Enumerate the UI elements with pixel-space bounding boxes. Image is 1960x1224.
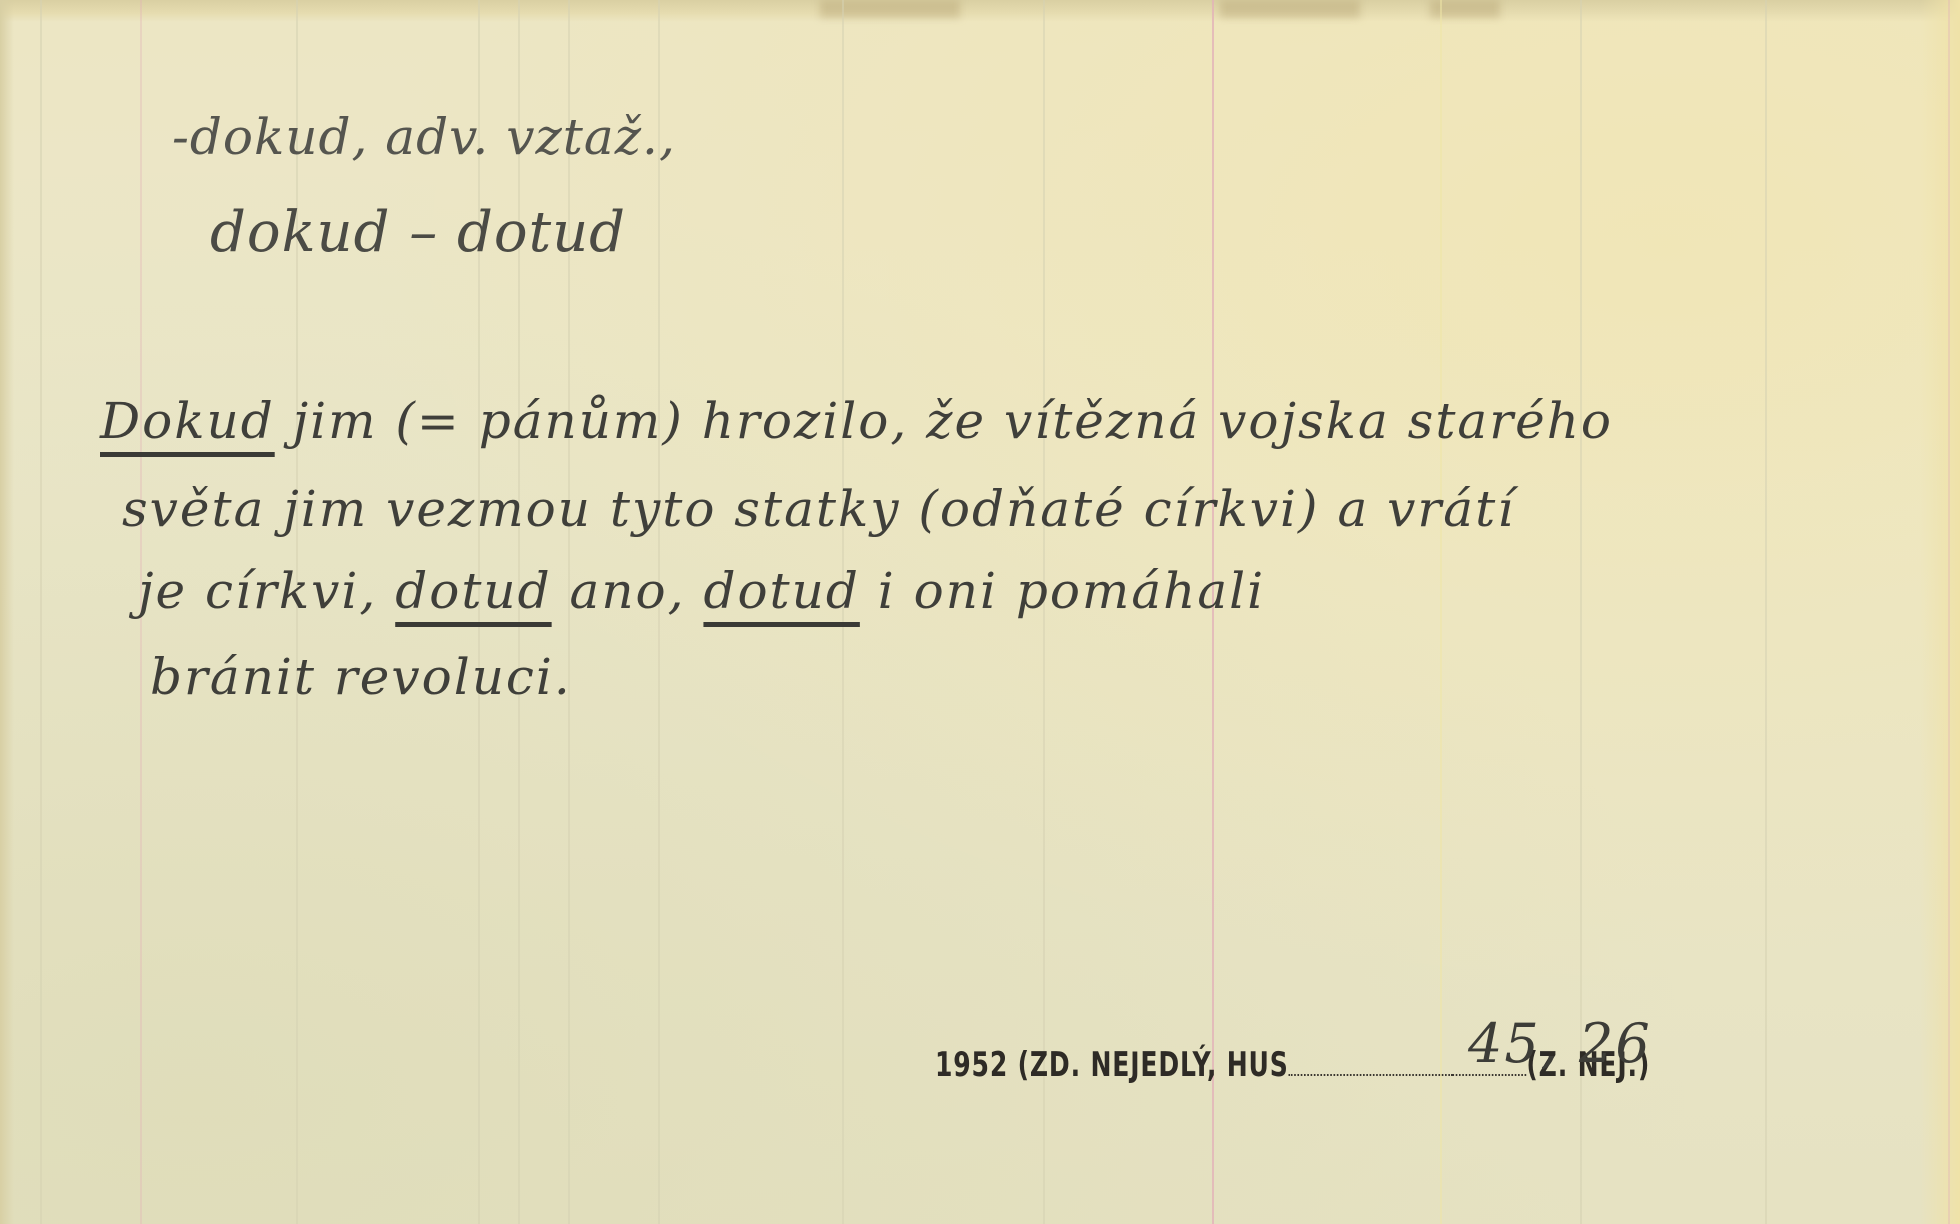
- top-stain: [820, 0, 960, 18]
- card-left-edge: [0, 0, 14, 1224]
- headword-correlative: dokud – dotud: [210, 200, 626, 265]
- rule-line: [40, 0, 42, 1224]
- citation-text: ano,: [552, 562, 704, 620]
- citation-line-4: bránit revoluci.: [150, 648, 572, 706]
- rule-line: [1440, 0, 1442, 1224]
- citation-line-2: světa jim vezmou tyto statky (odňaté cír…: [122, 480, 1515, 538]
- citation-text: jim (= pánům) hrozilo, že vítězná vojska…: [275, 392, 1613, 450]
- card-top-edge: [0, 0, 1960, 22]
- underlined-keyword: dotud: [703, 562, 859, 620]
- underlined-keyword: Dokud: [100, 392, 275, 450]
- citation-text: je církvi,: [138, 562, 395, 620]
- underlined-keyword: dotud: [395, 562, 551, 620]
- index-card: -dokud, adv. vztaž., dokud – dotud Dokud…: [0, 0, 1960, 1224]
- headword-entry: -dokud, adv. vztaž.,: [172, 108, 676, 166]
- rule-line: [1765, 0, 1767, 1224]
- rule-line: [1948, 0, 1950, 1224]
- card-right-edge: [1920, 0, 1960, 1224]
- citation-line-3: je církvi, dotud ano, dotud i oni pomáha…: [138, 562, 1265, 620]
- top-stain: [1220, 0, 1360, 18]
- dotted-fill: [1289, 1068, 1453, 1076]
- citation-text: bránit revoluci.: [150, 648, 572, 706]
- source-prefix: 1952 (ZD. NEJEDLÝ, HUS: [935, 1045, 1289, 1085]
- page-reference: 45, 26: [1468, 1012, 1652, 1075]
- citation-line-1: Dokud jim (= pánům) hrozilo, že vítězná …: [100, 392, 1613, 450]
- citation-text: i oni pomáhali: [860, 562, 1265, 620]
- citation-text: světa jim vezmou tyto statky (odňaté cír…: [122, 480, 1515, 538]
